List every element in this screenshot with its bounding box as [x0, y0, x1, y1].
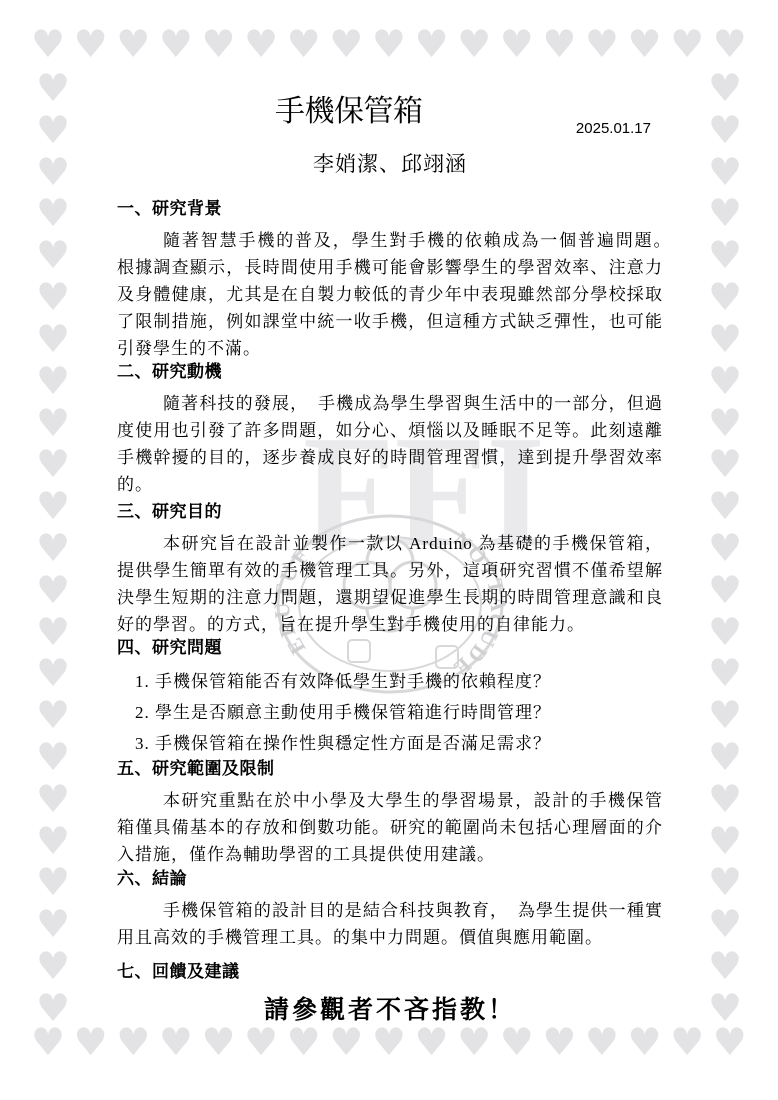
closing-line: 請參觀者不吝指教！	[117, 990, 663, 1026]
heart-icon: ♥	[708, 908, 742, 940]
heart-icon: ♥	[670, 1022, 704, 1062]
heart-icon: ♥	[708, 407, 742, 439]
document-header: 手機保管箱 2025.01.17 李娋潔、邱翊涵	[117, 0, 663, 190]
section-heading: 四、研究問題	[117, 638, 663, 658]
heart-icon: ♥	[708, 950, 742, 982]
heart-icon: ♥	[708, 448, 742, 480]
section-heading: 二、研究動機	[117, 362, 663, 382]
heart-icon: ♥	[708, 281, 742, 313]
heart-icon: ♥	[542, 1022, 576, 1062]
heart-icon: ♥	[36, 532, 70, 564]
list-item: 3. 手機保管箱在操作性與穩定性方面是否滿足需求？	[117, 728, 663, 759]
heart-icon: ♥	[244, 1022, 278, 1062]
section-scope-limitations: 五、研究範圍及限制 本研究重點在於中小學及大學生的學習場景，設計的手機保管箱僅具…	[117, 759, 663, 868]
section-research-purpose: 三、研究目的 本研究旨在設計並製作一款以 Arduino 為基礎的手機保管箱，提…	[117, 502, 663, 638]
heart-icon: ♥	[36, 448, 70, 480]
heart-icon: ♥	[713, 24, 747, 64]
heart-icon: ♥	[36, 950, 70, 982]
section-conclusion: 六、結論 手機保管箱的設計目的是結合科技與教育， 為學生提供一種實用且高效的手機…	[117, 869, 663, 951]
heart-icon: ♥	[36, 574, 70, 606]
section-heading: 七、回饋及建議	[117, 962, 663, 982]
heart-icon: ♥	[708, 239, 742, 271]
section-heading: 三、研究目的	[117, 502, 663, 522]
heart-icon: ♥	[708, 114, 742, 146]
document-content: 手機保管箱 2025.01.17 李娋潔、邱翊涵 一、研究背景 隨著智慧手機的普…	[117, 0, 663, 1026]
section-body: 隨著智慧手機的普及，學生對手機的依賴成為一個普遍問題。 根據調查顯示，長時間使用…	[117, 227, 663, 362]
heart-icon: ♥	[708, 616, 742, 648]
heart-icon: ♥	[708, 741, 742, 773]
heart-icon: ♥	[414, 1022, 448, 1062]
heart-icon: ♥	[708, 532, 742, 564]
section-body: 本研究重點在於中小學及大學生的學習場景，設計的手機保管箱僅具備基本的存放和倒數功…	[117, 787, 663, 868]
heart-icon: ♥	[329, 1022, 363, 1062]
list-item: 2. 學生是否願意主動使用手機保管箱進行時間管理？	[117, 697, 663, 728]
heart-icon: ♥	[708, 197, 742, 229]
heart-icon: ♥	[36, 657, 70, 689]
heart-icon: ♥	[36, 741, 70, 773]
heart-icon: ♥	[36, 825, 70, 857]
heart-icon: ♥	[36, 616, 70, 648]
heart-icon: ♥	[31, 1022, 65, 1062]
heart-icon: ♥	[708, 156, 742, 188]
heart-icon: ♥	[708, 657, 742, 689]
heart-icon: ♥	[36, 699, 70, 731]
heart-icon: ♥	[585, 1022, 619, 1062]
section-research-motivation: 二、研究動機 隨著科技的發展， 手機成為學生學習與生活中的一部分，但過度使用也引…	[117, 362, 663, 498]
heart-icon: ♥	[36, 281, 70, 313]
heart-icon: ♥	[36, 908, 70, 940]
heart-border-bottom: ♥♥♥♥♥♥♥♥♥♥♥♥♥♥♥♥♥	[31, 1022, 747, 1062]
heart-icon: ♥	[708, 72, 742, 104]
heart-icon: ♥	[708, 365, 742, 397]
heart-icon: ♥	[36, 114, 70, 146]
heart-icon: ♥	[36, 197, 70, 229]
heart-icon: ♥	[36, 239, 70, 271]
heart-icon: ♥	[116, 1022, 150, 1062]
authors-line: 李娋潔、邱翊涵	[117, 150, 663, 178]
heart-icon: ♥	[670, 24, 704, 64]
heart-icon: ♥	[36, 365, 70, 397]
heart-icon: ♥	[159, 1022, 193, 1062]
section-heading: 六、結論	[117, 869, 663, 889]
section-heading: 五、研究範圍及限制	[117, 759, 663, 779]
heart-icon: ♥	[36, 72, 70, 104]
heart-icon: ♥	[36, 156, 70, 188]
heart-icon: ♥	[74, 24, 108, 64]
question-list: 1. 手機保管箱能否有效降低學生對手機的依賴程度？ 2. 學生是否願意主動使用手…	[117, 666, 663, 759]
heart-icon: ♥	[708, 866, 742, 898]
heart-icon: ♥	[36, 323, 70, 355]
page-title: 手機保管箱	[275, 94, 423, 130]
heart-icon: ♥	[708, 490, 742, 522]
document-date: 2025.01.17	[576, 120, 651, 138]
heart-icon: ♥	[708, 574, 742, 606]
heart-icon: ♥	[36, 490, 70, 522]
heart-icon: ♥	[708, 323, 742, 355]
heart-icon: ♥	[708, 783, 742, 815]
heart-icon: ♥	[36, 783, 70, 815]
heart-icon: ♥	[201, 1022, 235, 1062]
heart-icon: ♥	[500, 1022, 534, 1062]
document-page: ♥♥♥♥♥♥♥♥♥♥♥♥♥♥♥♥♥ ♥♥♥♥♥♥♥♥♥♥♥♥♥♥♥♥♥♥♥♥♥♥…	[0, 0, 778, 1100]
heart-border-right: ♥♥♥♥♥♥♥♥♥♥♥♥♥♥♥♥♥♥♥♥♥♥♥	[705, 72, 745, 1024]
section-body: 隨著科技的發展， 手機成為學生學習與生活中的一部分，但過度使用也引發了許多問題，…	[117, 390, 663, 498]
heart-icon: ♥	[74, 1022, 108, 1062]
heart-icon: ♥	[628, 1022, 662, 1062]
heart-icon: ♥	[287, 1022, 321, 1062]
section-body: 手機保管箱的設計目的是結合科技與教育， 為學生提供一種實用且高效的手機管理工具。…	[117, 897, 663, 951]
heart-icon: ♥	[372, 1022, 406, 1062]
heart-icon: ♥	[457, 1022, 491, 1062]
section-feedback-suggestions: 七、回饋及建議	[117, 962, 663, 982]
heart-icon: ♥	[36, 866, 70, 898]
heart-icon: ♥	[708, 825, 742, 857]
heart-icon: ♥	[31, 24, 65, 64]
heart-icon: ♥	[713, 1022, 747, 1062]
heart-icon: ♥	[708, 699, 742, 731]
heart-icon: ♥	[36, 407, 70, 439]
section-research-questions: 四、研究問題 1. 手機保管箱能否有效降低學生對手機的依賴程度？ 2. 學生是否…	[117, 638, 663, 759]
section-body: 本研究旨在設計並製作一款以 Arduino 為基礎的手機保管箱，提供學生簡單有效…	[117, 530, 663, 638]
list-item: 1. 手機保管箱能否有效降低學生對手機的依賴程度？	[117, 666, 663, 697]
heart-border-left: ♥♥♥♥♥♥♥♥♥♥♥♥♥♥♥♥♥♥♥♥♥♥♥	[33, 72, 73, 1024]
section-research-background: 一、研究背景 隨著智慧手機的普及，學生對手機的依賴成為一個普遍問題。 根據調查顯…	[117, 199, 663, 362]
section-heading: 一、研究背景	[117, 199, 663, 219]
